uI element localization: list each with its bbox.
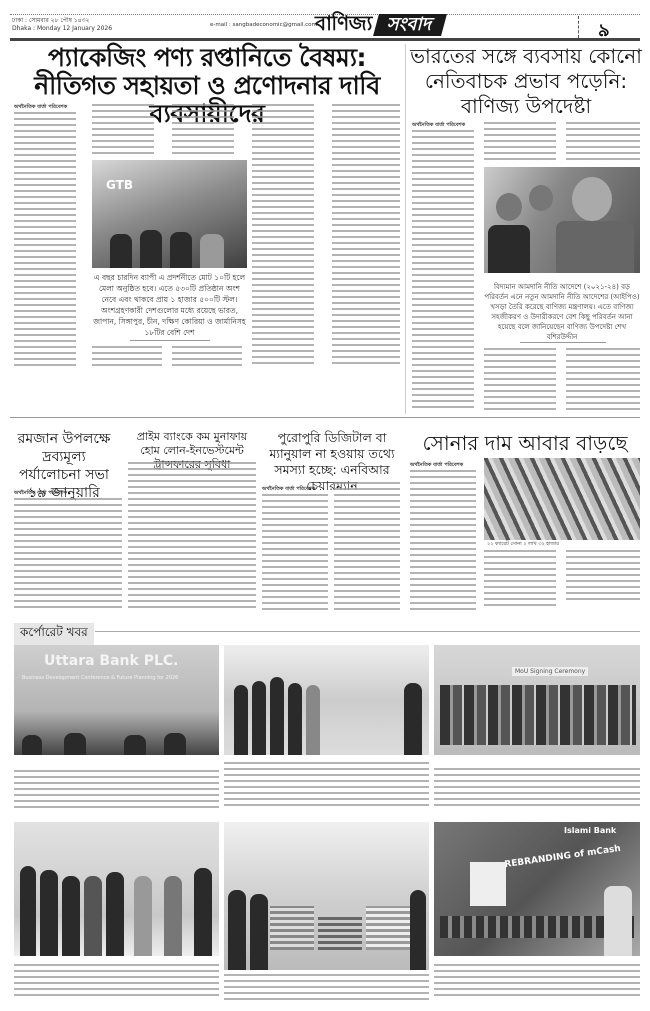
lead-photo[interactable]: GTB bbox=[92, 160, 247, 268]
right-byline: অর্থনৈতিক বার্তা পরিবেশক bbox=[412, 122, 465, 130]
gold-photo[interactable] bbox=[484, 458, 640, 540]
lead-body-col-4 bbox=[252, 104, 314, 368]
gold-body-col-2 bbox=[484, 550, 556, 610]
corporate-section-rule bbox=[95, 631, 640, 632]
gold-photo-caption: ২২ ক্যারেট সোনা ২ লাখ ৩২ হাজার bbox=[484, 541, 562, 548]
mou-banner-text: MoU Signing Ceremony bbox=[512, 667, 588, 676]
masthead-divider bbox=[578, 16, 579, 38]
email-address[interactable]: e-mail : sangbadeconomic@gmail.com bbox=[210, 22, 317, 28]
right-photo-caption: বিদ্যমান আমদানি নীতি আদেশে (২০২১-২৪) বড়… bbox=[484, 282, 640, 342]
right-body-col-1 bbox=[412, 130, 474, 410]
nbr-body-col-2 bbox=[334, 482, 400, 610]
section-divider bbox=[10, 417, 640, 418]
corporate-photo-mcash[interactable]: Islami Bank REBRANDING of mCash bbox=[434, 822, 640, 956]
dateline: ঢাকা : সোমবার ২৮ পৌষ ১৪৩২ Dhaka : Monday… bbox=[12, 17, 112, 33]
ramadan-byline: অর্থনৈতিক বার্তা পরিবেশক bbox=[14, 490, 67, 498]
right-headline[interactable]: ভারতের সঙ্গে ব্যবসায় কোনো নেতিবাচক প্রভ… bbox=[410, 44, 642, 119]
nbr-byline: অর্থনৈতিক বার্তা পরিবেশক bbox=[262, 486, 315, 494]
newspaper-logo: বাণিজ্য সংবাদ bbox=[315, 14, 444, 36]
corporate-text-4 bbox=[14, 964, 219, 1000]
page-number: ৯ bbox=[598, 16, 610, 47]
mcash-banner-text: REBRANDING of mCash bbox=[504, 844, 622, 870]
corporate-text-1 bbox=[14, 770, 219, 810]
corporate-text-3 bbox=[434, 768, 640, 810]
lead-body-col-5 bbox=[332, 104, 400, 368]
lead-body-col-1 bbox=[14, 112, 76, 368]
gold-headline[interactable]: সোনার দাম আবার বাড়ছে bbox=[410, 430, 640, 456]
corporate-section-title: কর্পোরেট খবর bbox=[14, 623, 94, 645]
lead-body-col-3-bottom bbox=[172, 346, 242, 368]
caption-rule bbox=[520, 342, 606, 343]
corporate-text-2 bbox=[224, 762, 429, 810]
logo-part-1: বাণিজ্য bbox=[315, 9, 372, 42]
corporate-text-6 bbox=[434, 964, 640, 1000]
right-body-col-3-bottom bbox=[566, 348, 640, 410]
gold-body-col-3 bbox=[566, 550, 640, 600]
lead-byline: অর্থনৈতিক বার্তা পরিবেশক bbox=[14, 104, 67, 112]
lead-pull-quote: এ বছর চারদিন ব্যাপী এ প্রদর্শনীতে মোট ১০… bbox=[92, 272, 247, 338]
photo-banner-text: GTB bbox=[106, 178, 133, 192]
lead-body-col-2-bottom bbox=[92, 346, 162, 368]
corporate-text-5 bbox=[224, 974, 429, 1004]
corporate-photo-uttara-bank[interactable]: Uttara Bank PLC. Business Development Co… bbox=[14, 645, 219, 755]
masthead-bar bbox=[10, 38, 640, 41]
islami-bank-logo-text: Islami Bank bbox=[564, 826, 616, 835]
nbr-body-col-1 bbox=[262, 494, 328, 610]
corporate-photo-4[interactable] bbox=[14, 822, 219, 956]
right-body-col-2-bottom bbox=[484, 348, 556, 410]
mcash-logo-panel bbox=[470, 862, 506, 906]
right-body-col-2-top bbox=[484, 122, 556, 162]
ramadan-body bbox=[14, 498, 122, 610]
right-body-col-3-top bbox=[566, 122, 640, 162]
column-divider bbox=[405, 44, 406, 414]
right-photo[interactable] bbox=[484, 167, 640, 273]
date-english: Dhaka : Monday 12 January 2026 bbox=[12, 25, 112, 33]
uttara-banner-title: Uttara Bank PLC. bbox=[44, 653, 178, 669]
date-bangla: ঢাকা : সোমবার ২৮ পৌষ ১৪৩২ bbox=[12, 17, 112, 25]
pull-quote-rule bbox=[130, 340, 210, 341]
corporate-photo-5[interactable] bbox=[224, 822, 429, 970]
logo-part-2: সংবাদ bbox=[373, 14, 447, 36]
prime-bank-body bbox=[128, 462, 256, 610]
lead-body-col-3-top bbox=[172, 104, 234, 156]
gold-byline: অর্থনৈতিক বার্তা পরিবেশক bbox=[410, 462, 463, 470]
corporate-photo-2[interactable] bbox=[224, 645, 429, 755]
masthead: ঢাকা : সোমবার ২৮ পৌষ ১৪৩২ Dhaka : Monday… bbox=[10, 16, 640, 38]
lead-body-col-2-top bbox=[92, 104, 154, 156]
gold-body-col-1 bbox=[410, 470, 476, 610]
corporate-photo-mou[interactable]: MoU Signing Ceremony bbox=[434, 645, 640, 755]
uttara-banner-subtitle: Business Development Conference & Future… bbox=[22, 675, 178, 681]
